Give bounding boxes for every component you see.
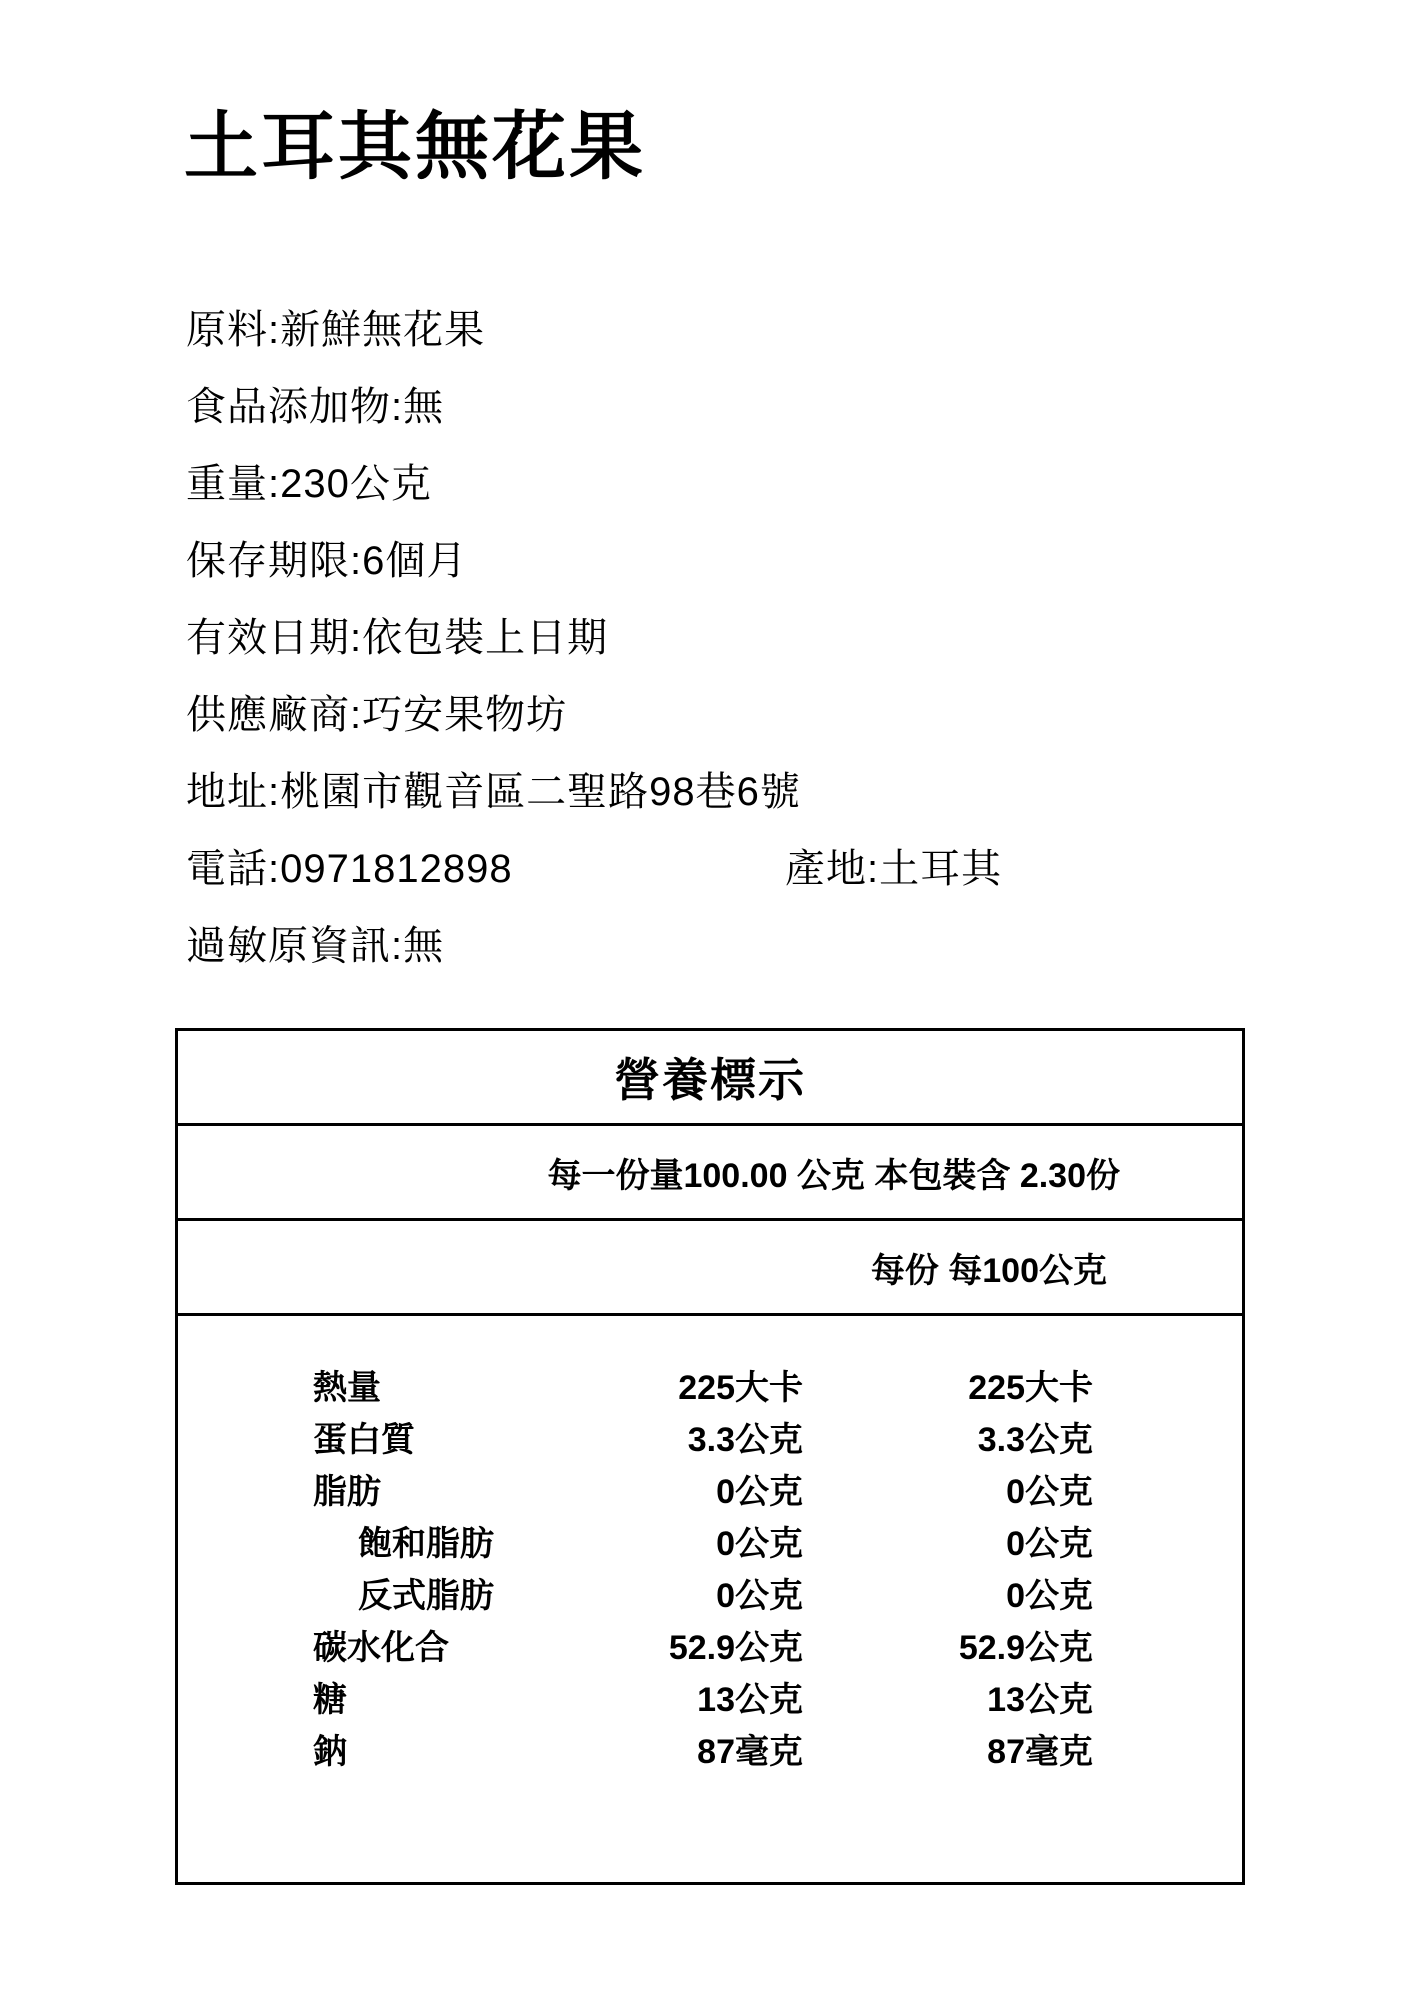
product-label-page: 土耳其無花果 原料:新鮮無花果 食品添加物:無 重量:230公克 保存期限:6個… <box>0 0 1414 2000</box>
nutrition-table-title: 營養標示 <box>178 1031 1242 1126</box>
per-serving-value: 225大卡 <box>638 1360 803 1409</box>
nutrient-label: 飽和脂肪 <box>178 1516 638 1565</box>
nutrient-label: 鈉 <box>178 1724 638 1773</box>
info-line: 有效日期:依包裝上日期 <box>186 596 1286 673</box>
per-100g-value: 0公克 <box>803 1464 1093 1513</box>
nutrient-label: 熱量 <box>178 1360 638 1409</box>
per-serving-value: 0公克 <box>638 1464 803 1513</box>
per-serving-value: 3.3公克 <box>638 1412 803 1461</box>
info-lines: 原料:新鮮無花果 食品添加物:無 重量:230公克 保存期限:6個月 有效日期:… <box>186 288 1286 827</box>
nutrient-label: 反式脂肪 <box>178 1568 638 1617</box>
info-line: 食品添加物:無 <box>186 365 1286 442</box>
per-100g-value: 87毫克 <box>803 1724 1093 1773</box>
column-header: 每份 每100公克 <box>178 1221 1242 1316</box>
nutrition-row: 鈉 87毫克 87毫克 <box>178 1722 1242 1774</box>
nutrition-row: 碳水化合 52.9公克 52.9公克 <box>178 1618 1242 1670</box>
per-100g-value: 52.9公克 <box>803 1620 1093 1669</box>
nutrition-row: 脂肪 0公克 0公克 <box>178 1462 1242 1514</box>
info-line: 保存期限:6個月 <box>186 519 1286 596</box>
nutrition-row: 飽和脂肪 0公克 0公克 <box>178 1514 1242 1566</box>
phone-origin-row: 電話:0971812898 產地:土耳其 <box>186 827 1286 904</box>
per-100g-value: 0公克 <box>803 1516 1093 1565</box>
per-100g-value: 225大卡 <box>803 1360 1093 1409</box>
info-line: 地址:桃園市觀音區二聖路98巷6號 <box>186 750 1286 827</box>
per-serving-value: 87毫克 <box>638 1724 803 1773</box>
per-serving-value: 0公克 <box>638 1516 803 1565</box>
info-line: 原料:新鮮無花果 <box>186 288 1286 365</box>
per-100g-value: 13公克 <box>803 1672 1093 1721</box>
info-line: 重量:230公克 <box>186 442 1286 519</box>
info-line: 供應廠商:巧安果物坊 <box>186 673 1286 750</box>
serving-size-info: 每一份量100.00 公克 本包裝含 2.30份 <box>178 1126 1242 1221</box>
phone-info: 電話:0971812898 <box>186 837 513 894</box>
nutrition-row: 反式脂肪 0公克 0公克 <box>178 1566 1242 1618</box>
nutrition-rows: 熱量 225大卡 225大卡 蛋白質 3.3公克 3.3公克 脂肪 0公克 0公… <box>178 1316 1242 1774</box>
nutrition-row: 熱量 225大卡 225大卡 <box>178 1358 1242 1410</box>
per-serving-value: 52.9公克 <box>638 1620 803 1669</box>
origin-info: 產地:土耳其 <box>785 827 1002 904</box>
nutrition-row: 蛋白質 3.3公克 3.3公克 <box>178 1410 1242 1462</box>
nutrition-row: 糖 13公克 13公克 <box>178 1670 1242 1722</box>
nutrient-label: 糖 <box>178 1672 638 1721</box>
nutrient-label: 蛋白質 <box>178 1412 638 1461</box>
per-100g-value: 3.3公克 <box>803 1412 1093 1461</box>
per-serving-value: 0公克 <box>638 1568 803 1617</box>
nutrition-table: 營養標示 每一份量100.00 公克 本包裝含 2.30份 每份 每100公克 … <box>175 1028 1245 1885</box>
nutrient-label: 碳水化合 <box>178 1620 638 1669</box>
nutrient-label: 脂肪 <box>178 1464 638 1513</box>
allergen-info: 過敏原資訊:無 <box>186 904 1286 981</box>
product-title: 土耳其無花果 <box>184 104 646 189</box>
per-100g-value: 0公克 <box>803 1568 1093 1617</box>
per-serving-value: 13公克 <box>638 1672 803 1721</box>
product-info: 原料:新鮮無花果 食品添加物:無 重量:230公克 保存期限:6個月 有效日期:… <box>186 288 1286 981</box>
